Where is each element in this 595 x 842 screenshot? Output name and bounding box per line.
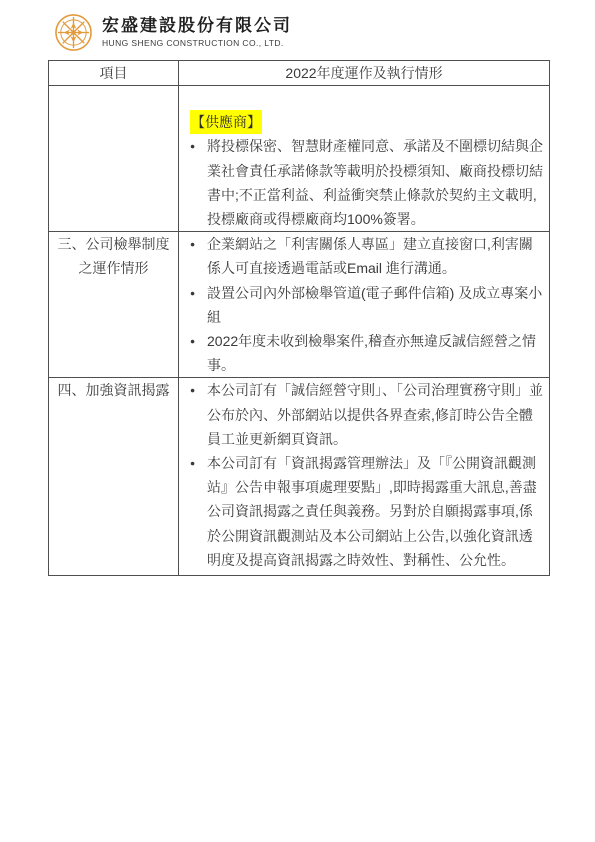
table-header-row: 項目 2022年度運作及執行情形 bbox=[49, 61, 550, 86]
supplier-highlight-label: 【供應商】 bbox=[190, 110, 262, 134]
list-item: ● 本公司訂有「誠信經營守則」、「公司治理實務守則」並公布於內、外部網站以提供各… bbox=[190, 378, 543, 451]
item-cell-supplier bbox=[49, 86, 179, 232]
company-name-zh: 宏盛建設股份有限公司 bbox=[102, 15, 292, 37]
bullet-text: 企業網站之「利害關係人專區」建立直接窗口,利害關係人可直接透過電話或Email … bbox=[207, 232, 543, 280]
table-row: 三、公司檢舉制度之運作情形 ● 企業網站之「利害關係人專區」建立直接窗口,利害關… bbox=[49, 232, 550, 378]
company-name-en: HUNG SHENG CONSTRUCTION CO., LTD. bbox=[102, 38, 292, 49]
bullet-text: 本公司訂有「誠信經營守則」、「公司治理實務守則」並公布於內、外部網站以提供各界查… bbox=[207, 378, 543, 451]
item-cell-disclosure: 四、加強資訊揭露 bbox=[49, 378, 179, 576]
report-table: 項目 2022年度運作及執行情形 【供應商】 ● 將投標保密、智慧財產權同意、承… bbox=[48, 60, 550, 576]
list-item: ● 本公司訂有「資訊揭露管理辦法」及「『公開資訊觀測站』公告申報事項處理要點」,… bbox=[190, 451, 543, 572]
bullet-icon: ● bbox=[190, 232, 207, 280]
item-cell-whistleblowing: 三、公司檢舉制度之運作情形 bbox=[49, 232, 179, 378]
bullet-icon: ● bbox=[190, 329, 207, 377]
list-item: ● 企業網站之「利害關係人專區」建立直接窗口,利害關係人可直接透過電話或Emai… bbox=[190, 232, 543, 280]
bullet-text: 本公司訂有「資訊揭露管理辦法」及「『公開資訊觀測站』公告申報事項處理要點」,即時… bbox=[207, 451, 543, 572]
bullet-icon: ● bbox=[190, 281, 207, 329]
highlight-line: 【供應商】 bbox=[190, 110, 543, 134]
table-row: 【供應商】 ● 將投標保密、智慧財產權同意、承諾及不圍標切結與企業社會責任承諾條… bbox=[49, 86, 550, 232]
list-item: ● 2022年度未收到檢舉案件,稽查亦無違反誠信經營之情事。 bbox=[190, 329, 543, 377]
content-cell-whistleblowing: ● 企業網站之「利害關係人專區」建立直接窗口,利害關係人可直接透過電話或Emai… bbox=[179, 232, 550, 378]
company-names: 宏盛建設股份有限公司 HUNG SHENG CONSTRUCTION CO., … bbox=[102, 13, 292, 49]
bullet-icon: ● bbox=[190, 451, 207, 572]
company-logo-icon bbox=[54, 13, 93, 52]
bullet-text: 將投標保密、智慧財產權同意、承諾及不圍標切結與企業社會責任承諾條款等載明於投標須… bbox=[207, 134, 543, 231]
column-header-status: 2022年度運作及執行情形 bbox=[179, 61, 550, 86]
bullet-icon: ● bbox=[190, 134, 207, 231]
bullet-text: 2022年度未收到檢舉案件,稽查亦無違反誠信經營之情事。 bbox=[207, 329, 543, 377]
content-cell-supplier: 【供應商】 ● 將投標保密、智慧財產權同意、承諾及不圍標切結與企業社會責任承諾條… bbox=[179, 86, 550, 232]
document-page: 宏盛建設股份有限公司 HUNG SHENG CONSTRUCTION CO., … bbox=[0, 0, 595, 842]
list-item: ● 設置公司內外部檢舉管道(電子郵件信箱) 及成立專案小組 bbox=[190, 281, 543, 329]
bullet-text: 設置公司內外部檢舉管道(電子郵件信箱) 及成立專案小組 bbox=[207, 281, 543, 329]
column-header-item: 項目 bbox=[49, 61, 179, 86]
bullet-icon: ● bbox=[190, 378, 207, 451]
table-row: 四、加強資訊揭露 ● 本公司訂有「誠信經營守則」、「公司治理實務守則」並公布於內… bbox=[49, 378, 550, 576]
company-header: 宏盛建設股份有限公司 HUNG SHENG CONSTRUCTION CO., … bbox=[54, 13, 292, 52]
list-item: ● 將投標保密、智慧財產權同意、承諾及不圍標切結與企業社會責任承諾條款等載明於投… bbox=[190, 134, 543, 231]
content-cell-disclosure: ● 本公司訂有「誠信經營守則」、「公司治理實務守則」並公布於內、外部網站以提供各… bbox=[179, 378, 550, 576]
blank-line bbox=[190, 86, 543, 110]
